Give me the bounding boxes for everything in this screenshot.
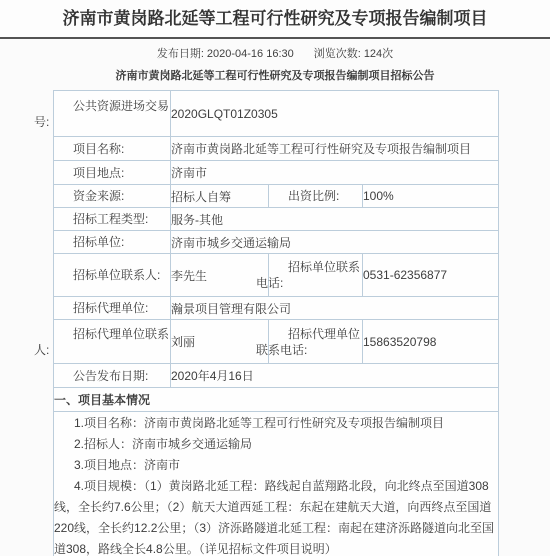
row-label-cell: 招标单位: xyxy=(54,231,171,254)
row-label: 招标单位联系电话: xyxy=(256,259,362,291)
publish-date-label: 发布日期: xyxy=(157,48,204,60)
row-label-cell: 招标代理单位联系人: xyxy=(54,320,171,364)
table-row: 公共资源进场交易号: 2020GLQT01Z0305 xyxy=(54,91,499,137)
row-label-cell: 招标代理单位联系电话: xyxy=(269,320,363,364)
row-value: 15863520798 xyxy=(363,320,499,364)
row-label: 项目名称: xyxy=(34,141,170,157)
table-row: 项目名称: 济南市黄岗路北延等工程可行性研究及专项报告编制项目 xyxy=(54,137,499,161)
table-row: 资金来源: 招标人自筹 出资比例: 100% xyxy=(54,185,499,208)
row-value: 刘丽 xyxy=(171,320,269,364)
row-value: 服务-其他 xyxy=(171,208,499,231)
row-label: 招标代理单位: xyxy=(34,300,170,316)
row-value: 100% xyxy=(363,185,499,208)
row-label: 招标代理单位联系电话: xyxy=(256,326,362,358)
row-label: 招标单位: xyxy=(34,234,170,250)
row-label: 招标单位联系人: xyxy=(34,267,170,283)
row-value: 招标人自筹 xyxy=(171,185,269,208)
table-row: 公告发布日期: 2020年4月16日 xyxy=(54,364,499,388)
info-table: 公共资源进场交易号: 2020GLQT01Z0305 项目名称: 济南市黄岗路北… xyxy=(53,90,499,556)
row-label: 招标工程类型: xyxy=(34,211,170,227)
row-label-cell: 招标代理单位: xyxy=(54,297,171,320)
row-label: 资金来源: xyxy=(34,188,170,204)
table-row: 招标代理单位联系人: 刘丽 招标代理单位联系电话: 15863520798 xyxy=(54,320,499,364)
publish-date-value: 2020-04-16 16:30 xyxy=(207,48,294,60)
table-row: 招标代理单位: 瀚景项目管理有限公司 xyxy=(54,297,499,320)
row-label-cell: 招标工程类型: xyxy=(54,208,171,231)
section-paragraph: 2.招标人：济南市城乡交通运输局 xyxy=(54,434,498,455)
table-row: 项目地点: 济南市 xyxy=(54,161,499,185)
table-row: 招标工程类型: 服务-其他 xyxy=(54,208,499,231)
meta-line: 发布日期:2020-04-16 16:30浏览次数:124次 xyxy=(0,47,550,61)
row-value: 济南市黄岗路北延等工程可行性研究及专项报告编制项目 xyxy=(171,137,499,161)
table-row: 招标单位联系人: 李先生 招标单位联系电话: 0531-62356877 xyxy=(54,254,499,297)
row-label-cell: 出资比例: xyxy=(269,185,363,208)
row-label-cell: 项目名称: xyxy=(54,137,171,161)
row-label: 出资比例: xyxy=(256,188,362,204)
row-value: 瀚景项目管理有限公司 xyxy=(171,297,499,320)
row-label: 项目地点: xyxy=(34,165,170,181)
row-label-cell: 招标单位联系人: xyxy=(54,254,171,297)
section-body-row: 1.项目名称：济南市黄岗路北延等工程可行性研究及专项报告编制项目 2.招标人：济… xyxy=(54,412,499,556)
section-heading: 一、项目基本情况 xyxy=(54,388,499,412)
row-label-cell: 资金来源: xyxy=(54,185,171,208)
views-value: 124次 xyxy=(364,48,393,60)
announcement-subtitle: 济南市黄岗路北延等工程可行性研究及专项报告编制项目招标公告 xyxy=(0,69,550,83)
table-row: 招标单位: 济南市城乡交通运输局 xyxy=(54,231,499,254)
page-title: 济南市黄岗路北延等工程可行性研究及专项报告编制项目 xyxy=(0,7,550,31)
row-value: 2020年4月16日 xyxy=(171,364,499,388)
section-paragraph: 3.项目地点：济南市 xyxy=(54,455,498,476)
row-value: 李先生 xyxy=(171,254,269,297)
section-header-row: 一、项目基本情况 xyxy=(54,388,499,412)
section-paragraph: 1.项目名称：济南市黄岗路北延等工程可行性研究及专项报告编制项目 xyxy=(54,413,498,434)
views-label: 浏览次数: xyxy=(314,48,361,60)
row-value: 济南市城乡交通运输局 xyxy=(171,231,499,254)
row-label-cell: 公共资源进场交易号: xyxy=(54,91,171,137)
page-header: 济南市黄岗路北延等工程可行性研究及专项报告编制项目 xyxy=(0,0,550,39)
row-label: 公共资源进场交易号: xyxy=(34,98,170,130)
row-label-cell: 项目地点: xyxy=(54,161,171,185)
row-label: 公告发布日期: xyxy=(34,368,170,384)
row-label: 招标代理单位联系人: xyxy=(34,326,170,358)
row-value: 济南市 xyxy=(171,161,499,185)
row-label-cell: 招标单位联系电话: xyxy=(269,254,363,297)
row-value: 2020GLQT01Z0305 xyxy=(171,91,499,137)
row-value: 0531-62356877 xyxy=(363,254,499,297)
row-label-cell: 公告发布日期: xyxy=(54,364,171,388)
section-paragraph: 4.项目规模：（1）黄岗路北延工程：路线起自蓝翔路北段，向北终点至国道308线，… xyxy=(54,476,498,556)
section-body-cell: 1.项目名称：济南市黄岗路北延等工程可行性研究及专项报告编制项目 2.招标人：济… xyxy=(54,412,499,556)
